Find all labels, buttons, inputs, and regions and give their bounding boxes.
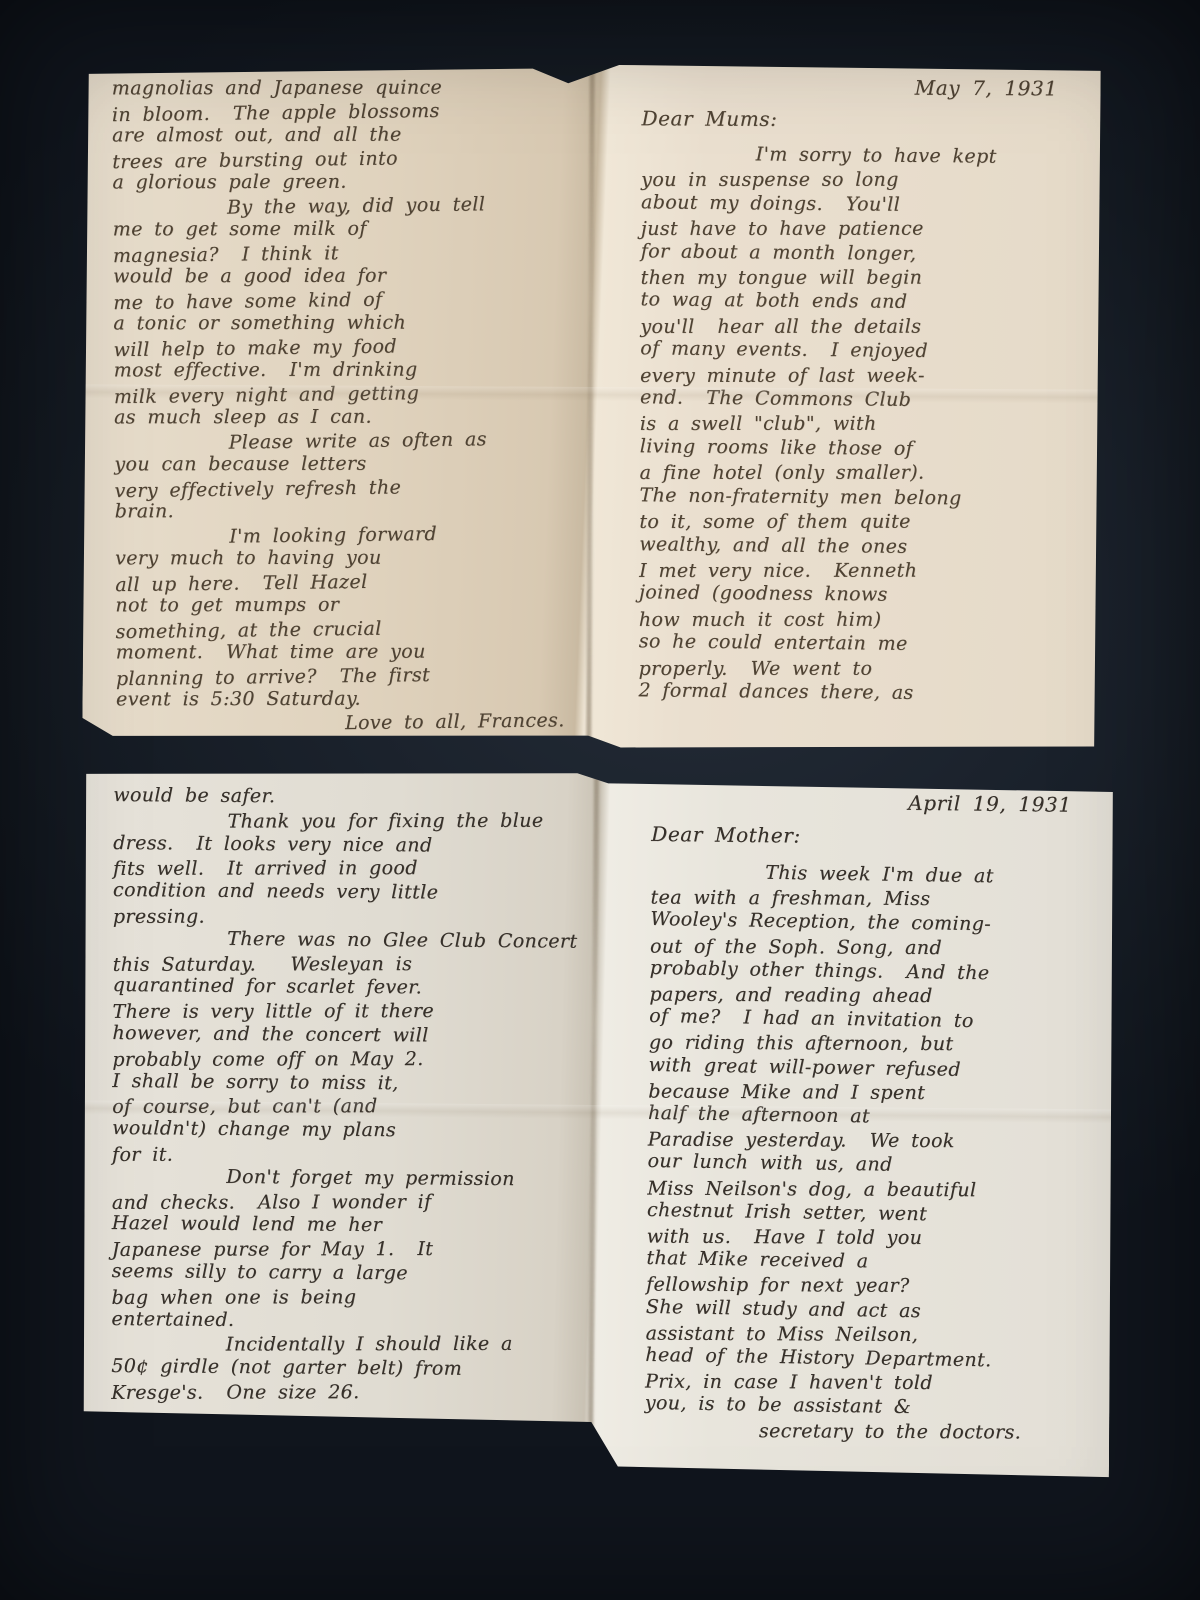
handwritten-line: however, and the concert will [112, 1022, 598, 1050]
handwritten-line: then my tongue will begin [641, 266, 1087, 291]
handwritten-line: Thank you for fixing the blue [113, 809, 599, 834]
handwritten-line: of many events. I enjoyed [640, 337, 1086, 366]
handwritten-line: just have to have patience [641, 217, 1087, 242]
handwritten-line: 50¢ girdle (not garter belt) from [111, 1355, 597, 1383]
handwritten-line: wealthy, and all the ones [639, 532, 1085, 561]
letter-page-right: April 19, 1931 Dear Mother: This week I'… [644, 788, 1097, 1446]
handwritten-line: 2 formal dances there, as [638, 678, 1084, 707]
handwritten-line: joined (goodness knows [639, 581, 1085, 610]
handwritten-line: a fine hotel (only smaller). [640, 461, 1086, 486]
letter-date: April 19, 1931 [651, 788, 1097, 827]
handwritten-line: condition and needs very little [113, 879, 599, 907]
handwritten-line: to wag at both ends and [640, 288, 1086, 317]
handwritten-line: living rooms like those of [640, 434, 1086, 463]
handwritten-line: so he could entertain me [639, 629, 1085, 658]
handwritten-line: Wooley's Reception, the coming- [650, 907, 1096, 938]
letter-page-left: magnolias and Japanese quincein bloom. T… [112, 75, 595, 736]
handwritten-line: every minute of last week- [640, 363, 1086, 388]
photo-background: magnolias and Japanese quincein bloom. T… [0, 0, 1200, 1600]
handwritten-line: dress. It looks very nice and [113, 832, 599, 860]
handwritten-line: end. The Commons Club [640, 385, 1086, 414]
handwritten-line: event is 5:30 Saturday. [116, 687, 594, 712]
handwritten-line: about my doings. You'll [641, 190, 1087, 219]
handwritten-line: you in suspense so long [641, 168, 1087, 193]
handwritten-line: properly. We went to [639, 656, 1085, 681]
handwritten-line: are almost out, and all the [112, 123, 590, 148]
handwritten-line: as much sleep as I can. [114, 405, 592, 430]
handwritten-lines: would be safer. Thank you for fixing the… [111, 785, 599, 1405]
handwritten-line: moment. What time are you [116, 640, 594, 665]
letter-page-left: would be safer. Thank you for fixing the… [111, 785, 599, 1405]
handwritten-line: magnolias and Japanese quince [112, 76, 590, 101]
handwritten-line: Incidentally I should like a [111, 1333, 597, 1358]
handwritten-line: of course, but can't (and [112, 1095, 598, 1120]
handwritten-line: entertained. [111, 1308, 597, 1336]
handwritten-lines: This week I'm due attea with a freshman,… [644, 860, 1097, 1446]
handwritten-line: would be a good idea for [113, 264, 591, 289]
letter-page-right: May 7, 1931 Dear Mums: I'm sorry to have… [638, 74, 1087, 706]
handwritten-line: There was no Glee Club Concert [113, 927, 599, 955]
handwritten-line: this Saturday. Wesleyan is [113, 952, 599, 977]
handwritten-line: Hazel would lend me her [112, 1212, 598, 1240]
handwritten-line: me to get some milk of [113, 217, 591, 242]
handwritten-line: brain. [115, 499, 593, 524]
handwritten-line: how much it cost him) [639, 607, 1085, 632]
handwritten-line: Love to all, Frances. [116, 708, 594, 738]
handwritten-line: you'll hear all the details [640, 314, 1086, 339]
handwritten-line: secretary to the doctors. [644, 1418, 1090, 1445]
handwritten-line: for it. [112, 1143, 598, 1168]
handwritten-line: would be safer. [113, 784, 599, 812]
handwritten-line: I'm sorry to have kept [641, 141, 1087, 170]
handwritten-line: not to get mumps or [115, 593, 593, 618]
handwritten-line: and checks. Also I wonder if [112, 1190, 598, 1215]
handwritten-line: Don't forget my permission [112, 1165, 598, 1193]
letter-salutation: Dear Mums: [641, 106, 1087, 144]
handwritten-line: our lunch with us, and [647, 1149, 1093, 1180]
handwritten-line: bag when one is being [111, 1285, 597, 1310]
handwritten-line: is a swell "club", with [640, 412, 1086, 437]
handwritten-line: most effective. I'm drinking [114, 358, 592, 383]
letter-may-7-1931: magnolias and Japanese quincein bloom. T… [82, 57, 1102, 750]
letter-date: May 7, 1931 [642, 74, 1088, 108]
letter-salutation: Dear Mother: [651, 822, 1097, 865]
handwritten-line: wouldn't) change my plans [112, 1117, 598, 1145]
handwritten-line: very much to having you [115, 546, 593, 571]
handwritten-line: you can because letters [114, 452, 592, 477]
handwritten-line: seems silly to carry a large [112, 1260, 598, 1288]
handwritten-lines: magnolias and Japanese quincein bloom. T… [112, 75, 595, 736]
handwritten-line: to it, some of them quite [639, 510, 1085, 535]
handwritten-lines: I'm sorry to have keptyou in suspense so… [638, 142, 1087, 706]
letter-april-19-1931: would be safer. Thank you for fixing the… [75, 768, 1115, 1479]
handwritten-line: There is very little of it there [112, 1000, 598, 1025]
handwritten-line: Japanese purse for May 1. It [112, 1238, 598, 1263]
handwritten-line: a tonic or something which [113, 311, 591, 336]
handwritten-line: The non-fraternity men belong [639, 483, 1085, 512]
handwritten-line: quarantined for scarlet fever. [113, 974, 599, 1002]
handwritten-line: probably come off on May 2. [112, 1047, 598, 1072]
handwritten-line: for about a month longer, [641, 239, 1087, 268]
handwritten-line: I shall be sorry to miss it, [112, 1070, 598, 1098]
handwritten-line: I met very nice. Kenneth [639, 558, 1085, 583]
handwritten-line: fits well. It arrived in good [113, 857, 599, 882]
handwritten-line: a glorious pale green. [112, 170, 590, 195]
handwritten-line: Kresge's. One size 26. [111, 1380, 597, 1405]
handwritten-line: pressing. [113, 905, 599, 930]
